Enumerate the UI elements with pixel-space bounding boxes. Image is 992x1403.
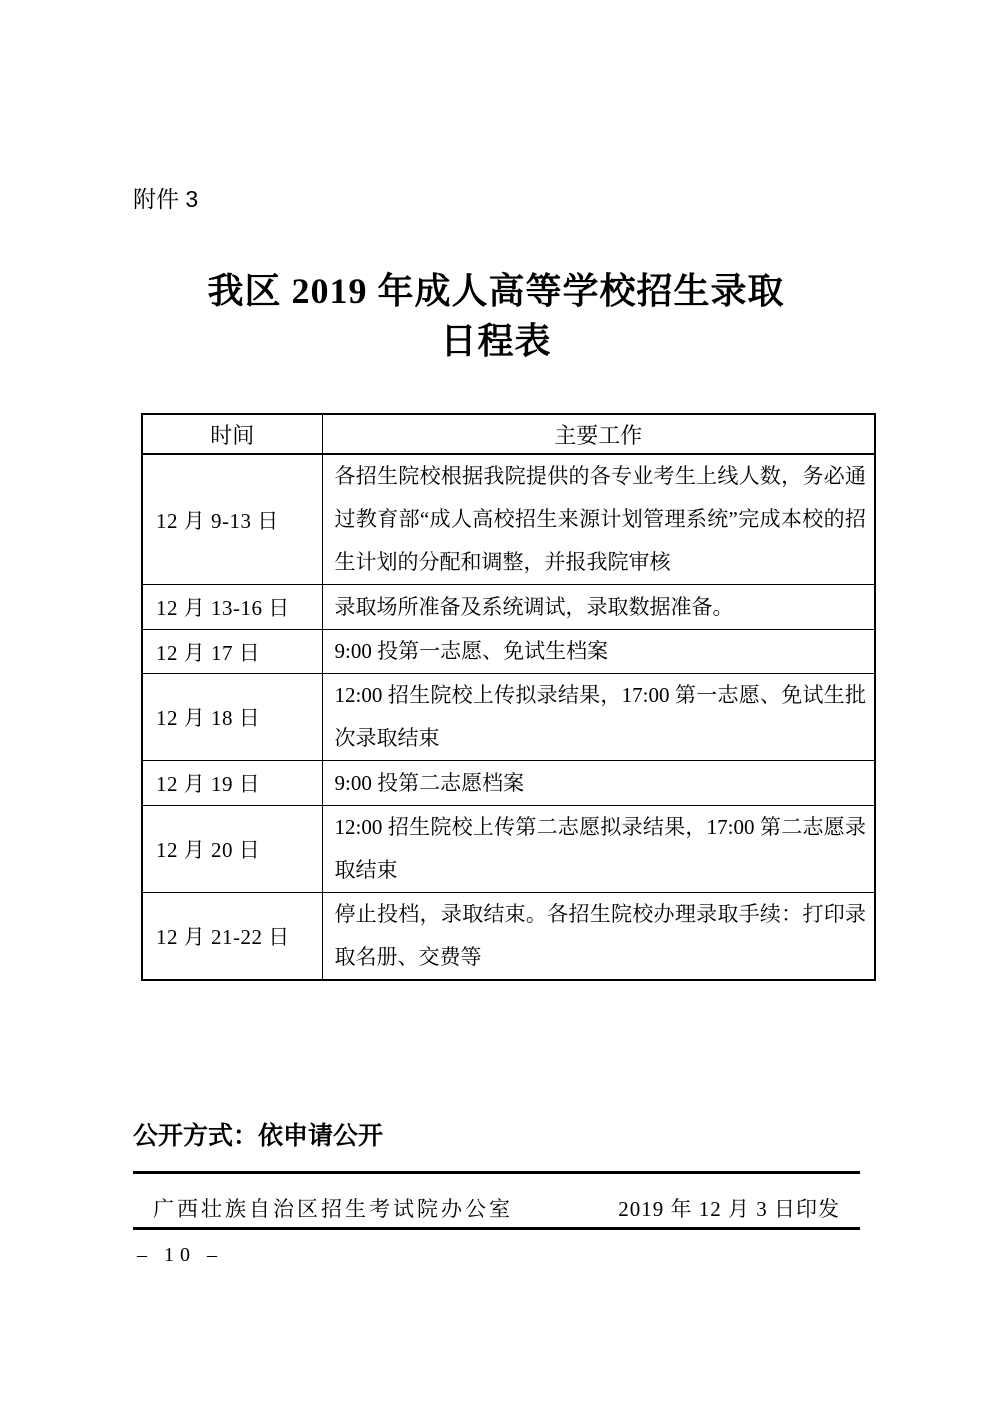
attachment-label: 附件 3 <box>133 186 198 212</box>
work-cell: 停止投档，录取结束。各招生院校办理录取手续：打印录取名册、交费等 <box>322 893 875 981</box>
time-cell: 12 月 17 日 <box>142 630 322 674</box>
work-cell: 录取场所准备及系统调试，录取数据准备。 <box>322 585 875 630</box>
issue-date: 2019 年 12 月 3 日印发 <box>618 1193 860 1223</box>
document-title-line2: 日程表 <box>0 316 992 366</box>
work-cell: 12:00 招生院校上传拟录结果，17:00 第一志愿、免试生批次录取结束 <box>322 674 875 761</box>
time-cell: 12 月 20 日 <box>142 806 322 893</box>
publicity-method: 公开方式：依申请公开 <box>133 1120 383 1152</box>
header-work: 主要工作 <box>322 414 875 454</box>
document-page: 附件 3 我区 2019 年成人高等学校招生录取 日程表 时间 主要工作 12 … <box>0 0 992 1403</box>
page-number: – 10 – <box>137 1244 223 1267</box>
table-row: 12 月 13-16 日 录取场所准备及系统调试，录取数据准备。 <box>142 585 875 630</box>
header-time: 时间 <box>142 414 322 454</box>
document-title: 我区 2019 年成人高等学校招生录取 日程表 <box>0 266 992 366</box>
table-row: 12 月 21-22 日 停止投档，录取结束。各招生院校办理录取手续：打印录取名… <box>142 893 875 981</box>
issuing-office: 广西壮族自治区招生考试院办公室 <box>133 1193 513 1223</box>
work-cell: 各招生院校根据我院提供的各专业考生上线人数，务必通过教育部“成人高校招生来源计划… <box>322 454 875 585</box>
table-row: 12 月 20 日 12:00 招生院校上传第二志愿拟录结果，17:00 第二志… <box>142 806 875 893</box>
time-cell: 12 月 21-22 日 <box>142 893 322 981</box>
time-cell: 12 月 18 日 <box>142 674 322 761</box>
table-row: 12 月 17 日 9:00 投第一志愿、免试生档案 <box>142 630 875 674</box>
time-cell: 12 月 13-16 日 <box>142 585 322 630</box>
table-row: 12 月 9-13 日 各招生院校根据我院提供的各专业考生上线人数，务必通过教育… <box>142 454 875 585</box>
table-row: 12 月 19 日 9:00 投第二志愿档案 <box>142 761 875 806</box>
divider-bottom <box>133 1227 860 1230</box>
table-header-row: 时间 主要工作 <box>142 414 875 454</box>
work-cell: 9:00 投第二志愿档案 <box>322 761 875 806</box>
schedule-table: 时间 主要工作 12 月 9-13 日 各招生院校根据我院提供的各专业考生上线人… <box>141 413 876 981</box>
time-cell: 12 月 19 日 <box>142 761 322 806</box>
time-cell: 12 月 9-13 日 <box>142 454 322 585</box>
divider-top <box>133 1171 860 1174</box>
table-row: 12 月 18 日 12:00 招生院校上传拟录结果，17:00 第一志愿、免试… <box>142 674 875 761</box>
document-title-line1: 我区 2019 年成人高等学校招生录取 <box>0 266 992 316</box>
work-cell: 9:00 投第一志愿、免试生档案 <box>322 630 875 674</box>
issuer-row: 广西壮族自治区招生考试院办公室 2019 年 12 月 3 日印发 <box>133 1190 860 1226</box>
work-cell: 12:00 招生院校上传第二志愿拟录结果，17:00 第二志愿录取结束 <box>322 806 875 893</box>
